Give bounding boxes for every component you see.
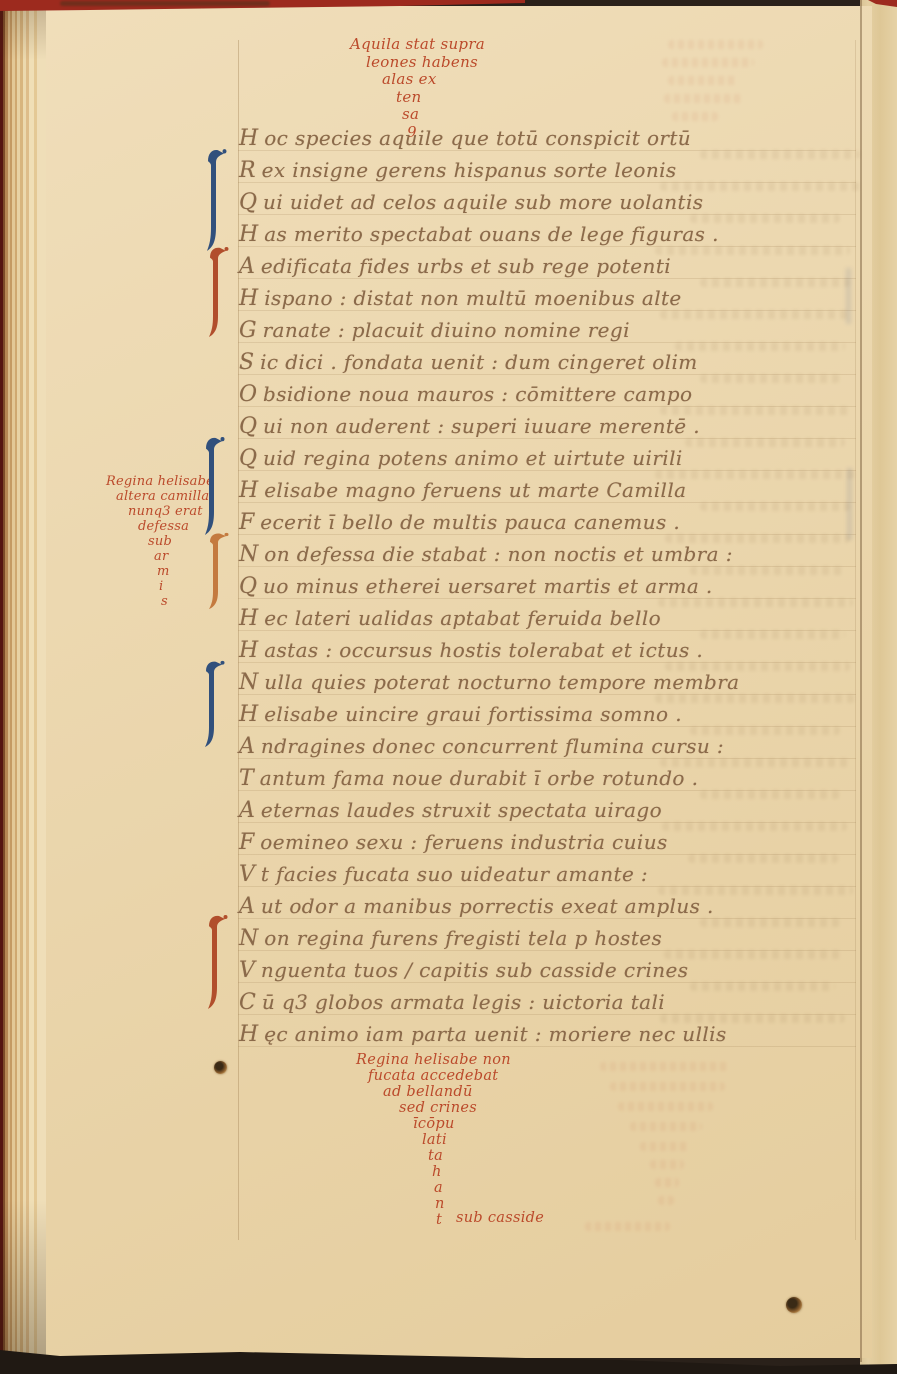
verse-line: Hispano : distat non multū moenibus alte [239, 282, 739, 314]
margin-note-line: sub [148, 534, 214, 549]
showthrough-mark [847, 468, 852, 540]
wormhole [214, 1061, 227, 1074]
paragraph-mark-icon [203, 436, 225, 536]
leaf-right-edge [860, 0, 862, 1362]
margin-note-line: Regina helisabe [106, 474, 214, 489]
verse-line: Hastas : occursus hostis tolerabat et ic… [239, 634, 739, 666]
verse-line: Has merito spectabat ouans de lege figur… [239, 218, 739, 250]
bottom-note-side-text: sub casside [456, 1210, 544, 1226]
verse-line: Granate : placuit diuino nomine regi [239, 314, 739, 346]
margin-note-line: ar [154, 549, 214, 564]
paragraph-mark-icon [205, 148, 227, 252]
verse-line: Hoc species aquile que totū conspicit or… [239, 122, 739, 154]
rubric-line: sa [402, 106, 485, 124]
verse-line: Nulla quies poterat nocturno tempore mem… [239, 666, 739, 698]
verse-line: Obsidione noua mauros : cōmittere campo [239, 378, 739, 410]
right-ruling-line [855, 40, 856, 1240]
verse-line: Vnguenta tuos / capitis sub casside crin… [239, 954, 739, 986]
verse-line: Quo minus etherei uersaret martis et arm… [239, 570, 739, 602]
rubric-line: ten [396, 89, 485, 107]
rubric-line: Aquila stat supra [350, 36, 485, 54]
page-edges-shade [0, 0, 46, 1374]
verse-line: Qui uidet ad celos aquile sub more uolan… [239, 186, 739, 218]
verse-line: Tantum fama noue durabit ī orbe rotundo … [239, 762, 739, 794]
margin-note-line: i [159, 579, 214, 594]
verse-line: Foemineo sexu : feruens industria cuius [239, 826, 739, 858]
bottom-note-line: h [432, 1164, 511, 1180]
binding-smudge [60, 1, 270, 6]
rubric-line: alas ex [382, 71, 485, 89]
verse-line: Aedificata fides urbs et sub rege potent… [239, 250, 739, 282]
bottom-note-line: fucata accedebat [368, 1068, 511, 1084]
verse-line: Vt facies fucata suo uideatur amante : [239, 858, 739, 890]
bottom-note-line: lati [422, 1132, 511, 1148]
verse-line: Rex insigne gerens hispanus sorte leonis [239, 154, 739, 186]
manuscript-photo: { "colors":{"parchment":"#ecd8b0","ink_b… [0, 0, 897, 1374]
bottom-note-line: Regina helisabe non [356, 1052, 511, 1068]
margin-note-line: altera camilla [116, 489, 214, 504]
verse-line: Aeternas laudes struxit spectata uirago [239, 794, 739, 826]
verse-line: Qui non auderent : superi iuuare merentē… [239, 410, 739, 442]
margin-note-line: nunq3 erat [128, 504, 214, 519]
paragraph-mark-icon [207, 532, 229, 610]
margin-note-line: m [157, 564, 214, 579]
verse-line: Helisabe uincire graui fortissima somno … [239, 698, 739, 730]
paragraph-mark-icon [207, 246, 229, 338]
wormhole [786, 1297, 802, 1313]
verse-line: Non defessa die stabat : non noctis et u… [239, 538, 739, 570]
bottom-note-line: ad bellandū [383, 1084, 511, 1100]
verse-line: Quid regina potens animo et uirtute uiri… [239, 442, 739, 474]
verse-line: Fecerit ī bello de multis pauca canemus … [239, 506, 739, 538]
verse-line: Andragines donec concurrent flumina curs… [239, 730, 739, 762]
bottom-note-line: ta [428, 1148, 511, 1164]
bottom-note-line: īcōpu [413, 1116, 511, 1132]
bottom-note-line: a [434, 1180, 511, 1196]
paragraph-mark-icon [206, 914, 228, 1010]
margin-note-left: Regina helisabe altera camilla nunq3 era… [106, 474, 214, 609]
rubric-line: leones habens [366, 54, 485, 72]
verse-line: Non regina furens fregisti tela p hostes [239, 922, 739, 954]
rubric-note-bottom: Regina helisabe non fucata accedebat ad … [356, 1052, 511, 1228]
verse-line: Helisabe magno feruens ut marte Camilla [239, 474, 739, 506]
verse-line: Aut odor a manibus porrectis exeat amplu… [239, 890, 739, 922]
showthrough-mark [846, 268, 851, 324]
bottom-note-line: sed crines [399, 1100, 511, 1116]
verse-line: Hęc animo iam parta uenit : moriere nec … [239, 1018, 739, 1050]
paragraph-mark-icon [203, 660, 225, 748]
verse-text-block: Hoc species aquile que totū conspicit or… [239, 122, 739, 1050]
verse-line: Hec lateri ualidas aptabat feruida bello [239, 602, 739, 634]
verse-line: Sic dici . fondata uenit : dum cingeret … [239, 346, 739, 378]
verse-line: Cū q3 globos armata legis : uictoria tal… [239, 986, 739, 1018]
